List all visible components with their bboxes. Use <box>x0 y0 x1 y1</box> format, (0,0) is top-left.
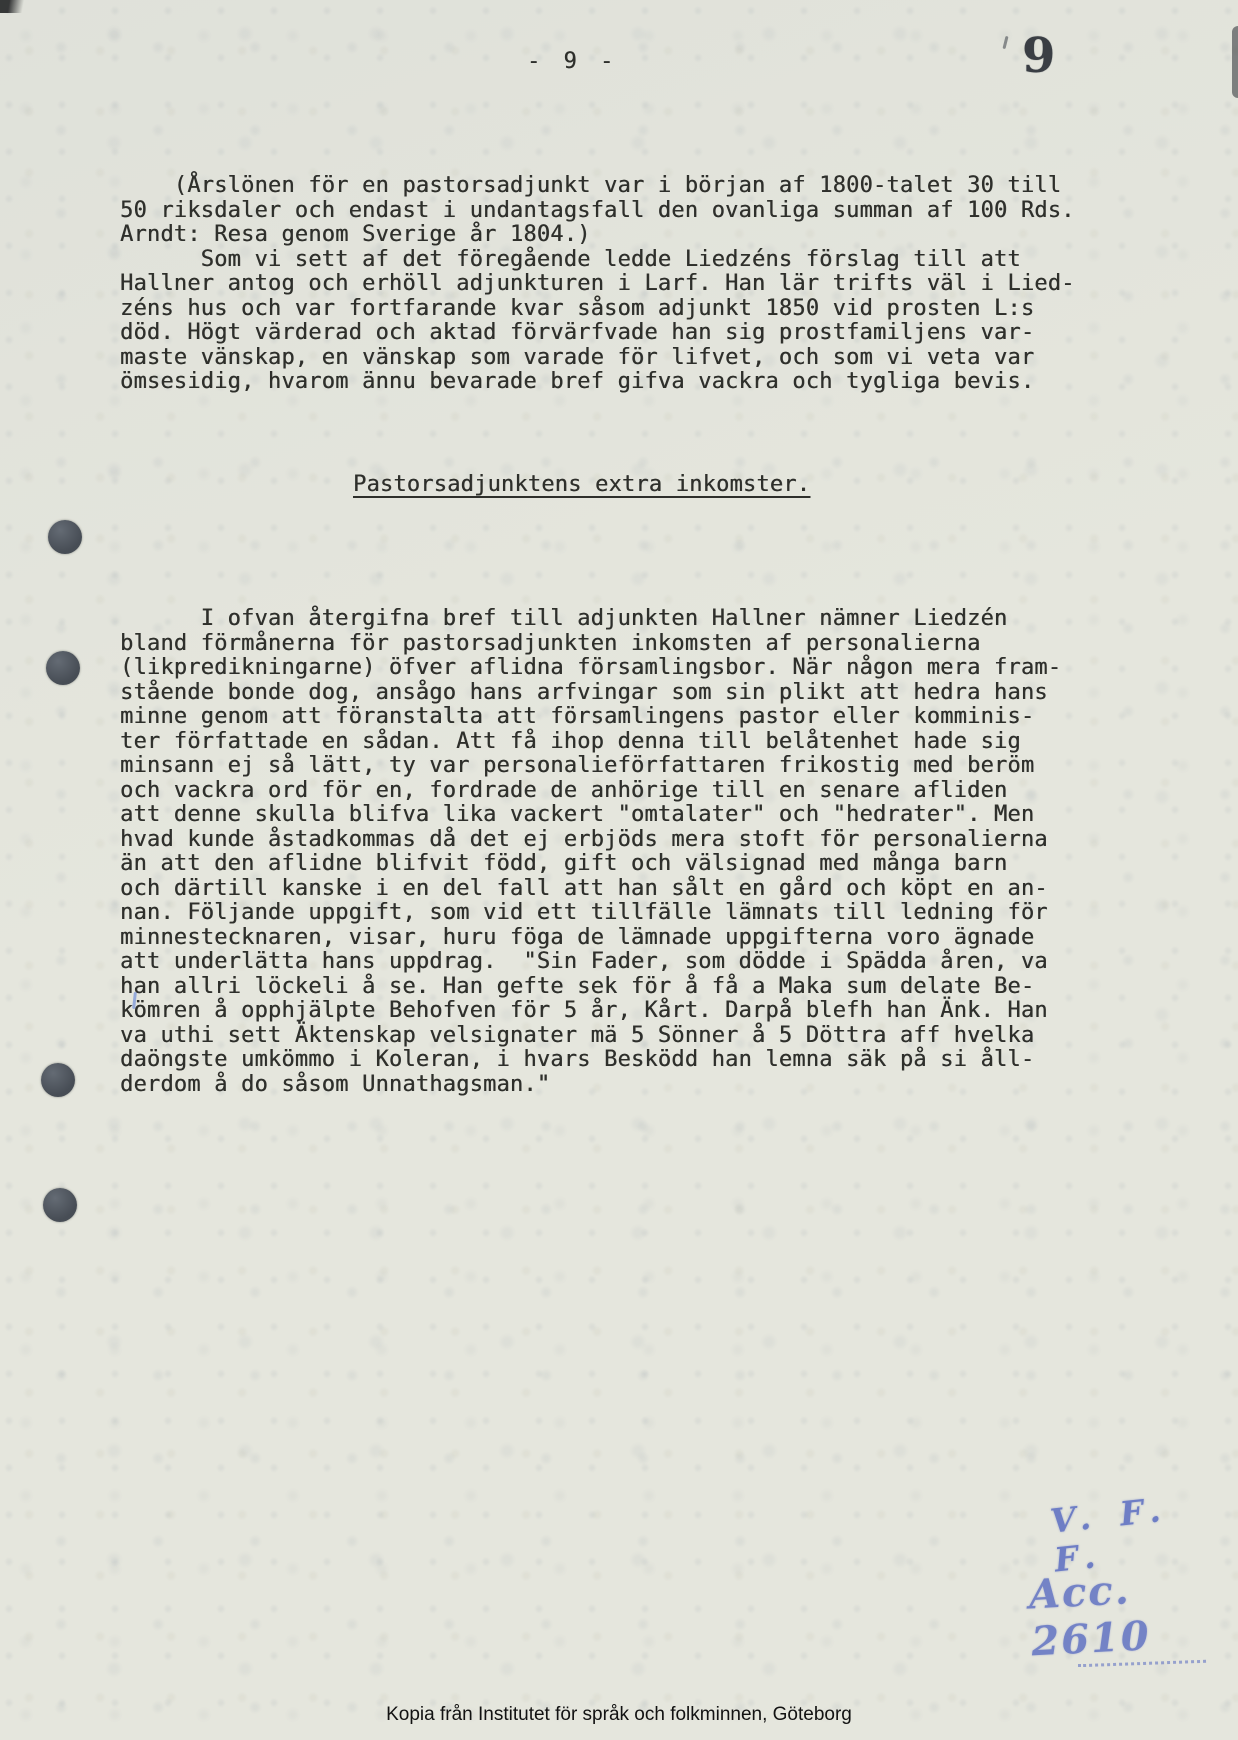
text-line: och därtill kanske i en del fall att han… <box>120 877 1160 902</box>
text-line: Som vi sett af det föregående ledde Lied… <box>120 248 1160 273</box>
stamp-accession-number: Acc. 2610 <box>1028 1561 1238 1666</box>
text-line: minnestecknaren, visar, huru föga de läm… <box>120 926 1160 951</box>
text-line: stående bonde dog, ansågo hans arfvingar… <box>120 681 1160 706</box>
text-line: va uthi sett Äktenskap velsignater mä 5 … <box>120 1024 1160 1049</box>
scan-edge-artifact <box>1232 26 1238 98</box>
text-line: (Årslönen för en pastorsadjunkt var i bö… <box>120 174 1160 199</box>
text-line: att underlätta hans uppdrag. "Sin Fader,… <box>120 950 1160 975</box>
document-body: (Årslönen för en pastorsadjunkt var i bö… <box>120 174 1160 1097</box>
text-line: Hallner antog och erhöll adjunkturen i L… <box>120 272 1160 297</box>
pen-mark <box>1002 36 1008 49</box>
text-line: 50 riksdaler och endast i undantagsfall … <box>120 199 1160 224</box>
scanned-document-page: - 9 - 9 (Årslönen för en pastorsadjunkt … <box>0 0 1238 1740</box>
text-line: än att den aflidne blifvit född, gift oc… <box>120 852 1160 877</box>
text-line: Arndt: Resa genom Sverige år 1804.) <box>120 223 1160 248</box>
text-line: derdom å do såsom Unnathagsman." <box>120 1073 1160 1098</box>
text-line: kömren å opphjälpte Behofven för 5 år, K… <box>120 999 1160 1024</box>
paragraph: Som vi sett af det föregående ledde Lied… <box>120 248 1160 395</box>
text-line: I ofvan återgifna bref till adjunkten Ha… <box>120 607 1160 632</box>
section-heading: Pastorsadjunktens extra inkomster. <box>353 473 1160 498</box>
corner-page-number: 9 <box>1022 28 1055 84</box>
text-line: daöngste umkömmo i Koleran, i hvars Besk… <box>120 1048 1160 1073</box>
page-number: - 9 - <box>527 50 618 75</box>
scan-edge-artifact <box>0 0 30 13</box>
text-line: maste vänskap, en vänskap som varade för… <box>120 346 1160 371</box>
paragraph: I ofvan återgifna bref till adjunkten Ha… <box>120 607 1160 1097</box>
archive-stamp: V. F. F. Acc. 2610 <box>1030 1492 1238 1665</box>
text-line: död. Högt värderad och aktad förvärfvade… <box>120 321 1160 346</box>
text-line: minsann ej så lätt, ty var personalieför… <box>120 754 1160 779</box>
text-line: nan. Följande uppgift, som vid ett tillf… <box>120 901 1160 926</box>
punch-hole <box>41 1063 75 1097</box>
text-line: att denne skulla blifva lika vackert "om… <box>120 803 1160 828</box>
punch-hole <box>43 1188 77 1222</box>
archive-footer-caption: Kopia från Institutet för språk och folk… <box>0 1704 1238 1726</box>
text-line: hvad kunde åstadkommas då det ej erbjöds… <box>120 828 1160 853</box>
text-line: han allri löckeli å se. Han gefte sek fö… <box>120 975 1160 1000</box>
text-line: och vackra ord för en, fordrade de anhör… <box>120 779 1160 804</box>
punch-hole <box>46 651 80 685</box>
text-line: ter författade en sådan. Att få ihop den… <box>120 730 1160 755</box>
text-line: bland förmånerna för pastorsadjunkten in… <box>120 632 1160 657</box>
punch-hole <box>48 520 82 554</box>
text-line: zéns hus och var fortfarande kvar såsom … <box>120 297 1160 322</box>
text-line: (likpredikningarne) öfver aflidna försam… <box>120 656 1160 681</box>
text-line: ömsesidig, hvarom ännu bevarade bref gif… <box>120 370 1160 395</box>
text-line: minne genom att föranstalta att församli… <box>120 705 1160 730</box>
paragraph: (Årslönen för en pastorsadjunkt var i bö… <box>120 174 1160 248</box>
